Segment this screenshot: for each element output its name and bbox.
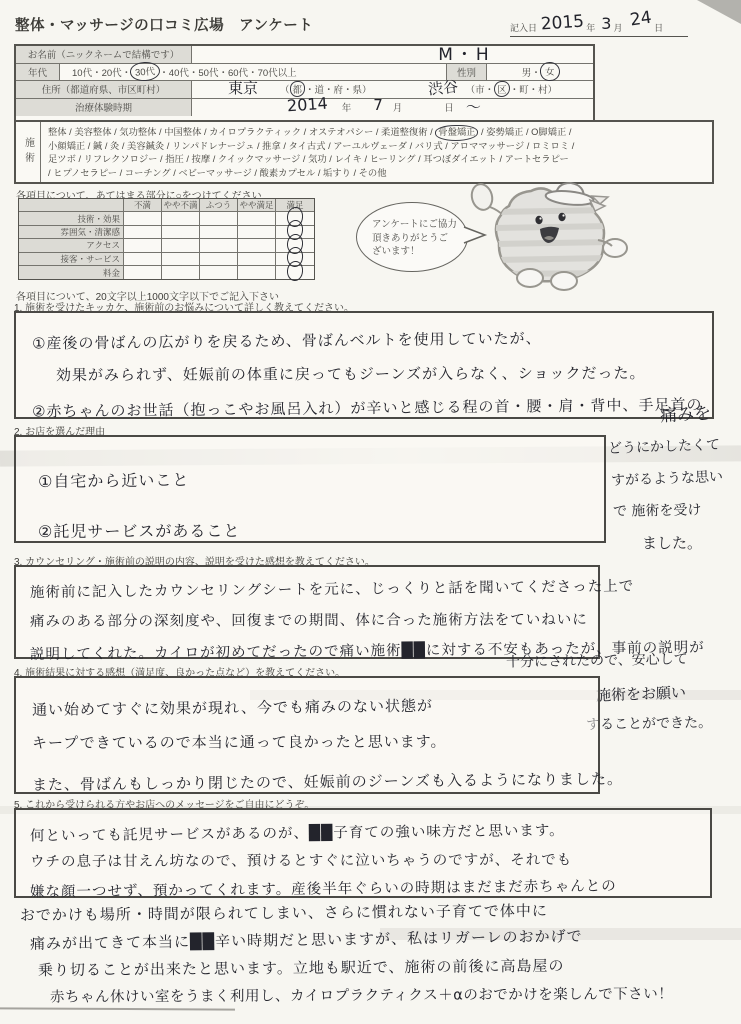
period-value-cell: 2014 年 7 月 日 ～ bbox=[192, 99, 593, 117]
rating-cell bbox=[238, 266, 276, 279]
rating-cell bbox=[200, 239, 238, 252]
date-year-value: 2015 bbox=[540, 12, 585, 35]
q1-line: 効果がみられず、妊娠前の体重に戻ってもジーンズが入らなく、ショックだった。 bbox=[56, 356, 712, 392]
name-value: M・H bbox=[438, 40, 491, 65]
age-option: 30代 bbox=[130, 61, 161, 82]
period-tilde: ～ bbox=[466, 96, 481, 117]
rating-cell bbox=[124, 266, 162, 279]
rating-cell bbox=[238, 239, 276, 252]
age-gender-row: 年代 10代 ・ 20代 ・ 30代 ・ 40代 ・ 50代 ・ 60代 ・ 7… bbox=[16, 64, 593, 82]
rating-cell bbox=[124, 212, 162, 225]
q3-margin-note: 十分にされたので、安心して bbox=[506, 648, 688, 671]
rating-cell bbox=[124, 226, 162, 239]
treatment-line-2: 小顔矯正 / 鍼 / 灸 / 美容鍼灸 / リンパドレナージュ / 推拿 / タ… bbox=[48, 140, 706, 154]
scan-line-artifact bbox=[0, 1007, 235, 1010]
rating-cell bbox=[162, 212, 200, 225]
rating-row-label: 料金 bbox=[19, 266, 124, 279]
treatment-side-label: 施術 bbox=[16, 122, 41, 182]
q5-overflow-line: 痛みが出てきて本当に██辛い時期だと思いますが、私はリガーレのおかげで bbox=[30, 925, 583, 954]
period-label: 治療体験時期 bbox=[16, 99, 192, 117]
date-label: 記入日 bbox=[510, 21, 537, 36]
fill-in-date: 記入日 2015 年 3 月 24 日 bbox=[510, 2, 688, 37]
page-title: 整体・マッサージの口コミ広場 アンケート bbox=[15, 14, 313, 35]
treatment-line-1: 整体 / 美容整体 / 気功整体 / 中国整体 / カイロプラクティック / オ… bbox=[48, 126, 706, 140]
q1-margin-note: ました。 bbox=[642, 532, 702, 553]
date-month-unit: 月 bbox=[613, 21, 622, 36]
q5-overflow-line: 乗り切ることが出来たと思います。立地も駅近で、施術の前後に高島屋の bbox=[38, 955, 565, 981]
q1-margin-note: 痛みを bbox=[659, 399, 711, 427]
rating-cell bbox=[200, 212, 238, 225]
rating-row-label: アクセス bbox=[19, 239, 124, 252]
rating-cell bbox=[124, 253, 162, 266]
address-city-value: 渋谷 bbox=[427, 75, 459, 99]
q4-line: キープできているので本当に通って良かったと思います。 bbox=[32, 724, 598, 761]
q1-margin-note: で 施術を受け bbox=[613, 499, 702, 521]
treatment-types-box: 施術 整体 / 美容整体 / 気功整体 / 中国整体 / カイロプラクティック … bbox=[14, 120, 714, 184]
age-option: 50代 bbox=[198, 65, 218, 79]
age-option: 10代 bbox=[72, 65, 92, 79]
q2-line: ①自宅から近いこと bbox=[38, 450, 605, 508]
rating-cell bbox=[162, 239, 200, 252]
rating-row-label: 接客・サービス bbox=[19, 253, 124, 266]
q1-margin-note: どうにかしたくて bbox=[608, 434, 721, 458]
rating-cell bbox=[238, 212, 276, 225]
q5-overflow-line: 赤ちゃん休けい室をうまく利用し、カイロプラクティクス＋αのおでかけを楽しんで下さ… bbox=[50, 982, 673, 1006]
period-row: 治療体験時期 2014 年 7 月 日 ～ bbox=[16, 99, 593, 117]
q3-answer-box: 施術前に記入したカウンセリングシートを元に、じっくりと話を聞いてくださった上で … bbox=[14, 565, 600, 659]
address-value-cell: 東京 （都・道・府・県） 渋谷 （市・区・町・村） bbox=[192, 81, 593, 98]
rating-cell bbox=[200, 253, 238, 266]
q4-answer-box: 通い始めてすぐに効果が現れ、今でも痛みのない状態が キープできているので本当に通… bbox=[14, 676, 600, 794]
q3-margin-note: 施術をお願い bbox=[596, 681, 687, 705]
rating-cell bbox=[238, 226, 276, 239]
treatment-line-4: / ヒプノセラピー / コーチング / ベビーマッサージ / 酸素カプセル / … bbox=[48, 167, 706, 181]
q1-line: ②赤ちゃんのお世話（抱っこやお風呂入れ）が辛いと感じる程の首・腰・肩・背中、手足… bbox=[32, 387, 712, 428]
rating-cell bbox=[200, 266, 238, 279]
rating-cell bbox=[162, 253, 200, 266]
option-separator: ・ bbox=[218, 65, 228, 79]
rating-column-header: やや不満 bbox=[162, 199, 200, 212]
age-option: 70代以上 bbox=[258, 65, 297, 79]
name-row: お名前（ニックネームで結構です） M・H bbox=[16, 46, 593, 64]
mascot-illustration bbox=[452, 180, 638, 292]
period-year-unit: 年 bbox=[342, 100, 352, 114]
period-year-value: 2014 bbox=[286, 94, 328, 116]
name-label: お名前（ニックネームで結構です） bbox=[16, 46, 192, 63]
rating-cell bbox=[124, 239, 162, 252]
option-separator: ・ bbox=[189, 65, 199, 79]
age-option: 40代 bbox=[169, 65, 189, 79]
period-month-value: 7 bbox=[373, 96, 383, 114]
rating-column-header: ふつう bbox=[200, 199, 238, 212]
option-separator: ・ bbox=[159, 65, 169, 79]
profile-table: お名前（ニックネームで結構です） M・H 年代 10代 ・ 20代 ・ 30代 … bbox=[14, 44, 595, 122]
rating-cell bbox=[162, 266, 200, 279]
treatment-circled: 骨盤矯正 bbox=[435, 125, 478, 141]
q2-answer-box: ①自宅から近いこと ②託児サービスがあること bbox=[14, 435, 606, 543]
scan-corner-artifact bbox=[697, 0, 741, 24]
option-separator: ・ bbox=[92, 65, 102, 79]
q1-margin-note: すがるような思い bbox=[611, 466, 724, 490]
rating-cell bbox=[162, 226, 200, 239]
city-suffix: （市・区・町・村） bbox=[466, 82, 558, 96]
age-label: 年代 bbox=[16, 64, 60, 81]
date-day-value: 24 bbox=[628, 8, 652, 31]
q1-answer-box: ①産後の骨ばんの広がりを戻るため、骨ばんベルトを使用していたが、 効果がみられず… bbox=[14, 311, 714, 419]
date-year-unit: 年 bbox=[586, 21, 595, 36]
rating-column-header: 不満 bbox=[124, 199, 162, 212]
q3-margin-note: することができた。 bbox=[586, 712, 712, 734]
rating-cell bbox=[200, 226, 238, 239]
gender-options: 男 ・ 女 bbox=[487, 64, 593, 81]
rating-table: 不満やや不満ふつうやや満足満足技術・効果雰囲気・清潔感アクセス接客・サービス料金 bbox=[18, 198, 315, 280]
circle-mark bbox=[286, 261, 303, 282]
period-month-unit: 月 bbox=[393, 100, 403, 114]
date-month-value: 3 bbox=[601, 14, 611, 33]
treatment-line-3: 足ツボ / リフレクソロジー / 指圧 / 按摩 / クイックマッサージ / 気… bbox=[48, 153, 706, 167]
name-value-cell: M・H bbox=[192, 46, 593, 63]
date-day-unit: 日 bbox=[654, 21, 663, 36]
city-circled: 区 bbox=[494, 81, 510, 97]
rating-cell bbox=[238, 253, 276, 266]
gender-option: 男 bbox=[522, 65, 532, 79]
q5-overflow-line: おでかけも場所・時間が限られてしまい、さらに慣れない子育てで体中に bbox=[20, 900, 548, 926]
scanned-survey-page: 整体・マッサージの口コミ広場 アンケート 記入日 2015 年 3 月 24 日… bbox=[0, 0, 741, 1024]
rating-row-label: 雰囲気・清潔感 bbox=[19, 226, 124, 239]
address-label: 住所（都道府県、市区町村） bbox=[16, 81, 192, 98]
q5-answer-box: 何といっても託児サービスがあるのが、██子育ての強い味方だと思います。 ウチの息… bbox=[14, 808, 712, 898]
period-day-unit: 日 bbox=[444, 100, 454, 114]
address-pref-value: 東京 bbox=[228, 77, 258, 98]
q4-line: 通い始めてすぐに効果が現れ、今でも痛みのない状態が bbox=[32, 687, 598, 728]
age-option: 20代 bbox=[102, 65, 122, 79]
gender-option: 女 bbox=[539, 62, 560, 82]
q2-line: ②託児サービスがあること bbox=[38, 504, 604, 558]
treatment-list: 整体 / 美容整体 / 気功整体 / 中国整体 / カイロプラクティック / オ… bbox=[41, 122, 712, 182]
rating-row-label: 技術・効果 bbox=[19, 212, 124, 225]
q3-line: 施術前に記入したカウンセリングシートを元に、じっくりと話を聞いてくださった上で bbox=[30, 572, 598, 609]
q1-line: ①産後の骨ばんの広がりを戻るため、骨ばんベルトを使用していたが、 bbox=[32, 319, 712, 360]
rating-cell bbox=[276, 266, 314, 279]
rating-column-header: やや満足 bbox=[238, 199, 276, 212]
q3-line: 痛みのある部分の深刻度や、回復までの期間、体に合った施術方法をていねいに bbox=[30, 605, 598, 638]
rating-corner-cell bbox=[19, 199, 124, 212]
